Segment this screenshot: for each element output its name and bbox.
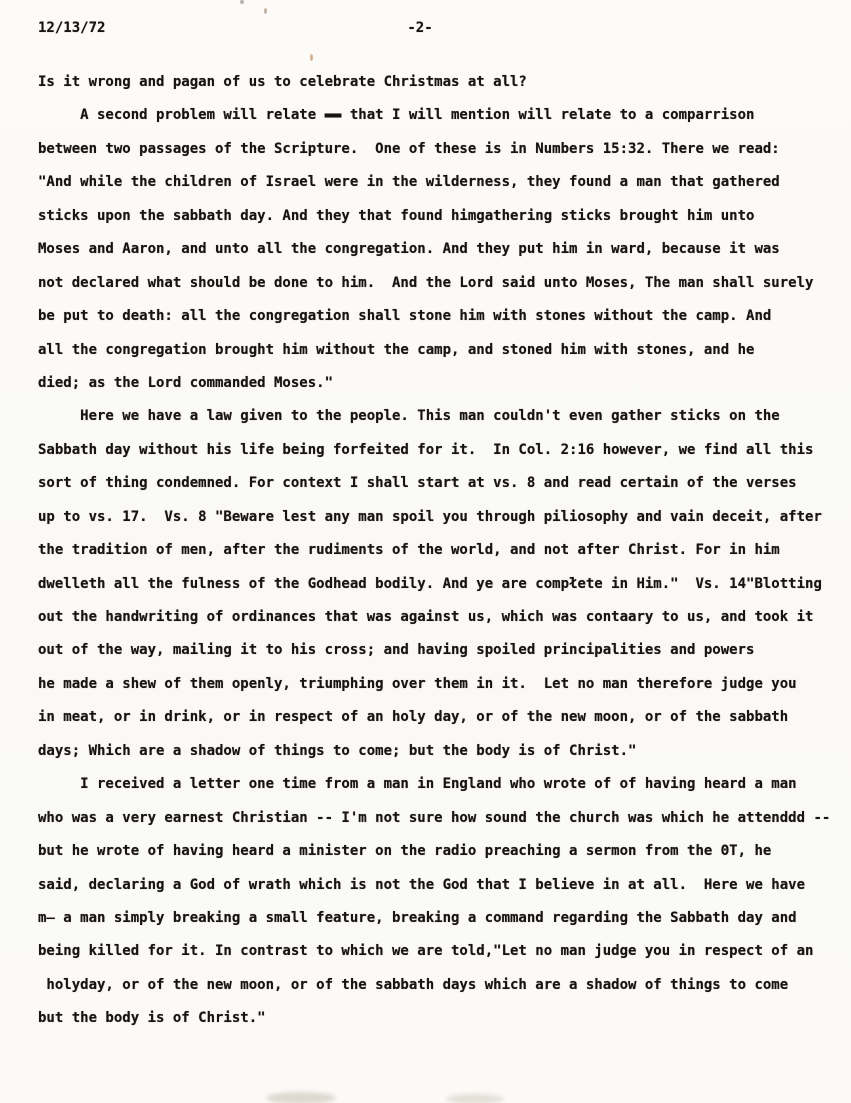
text-line: in meat, or in drink, or in respect of a…	[38, 701, 841, 734]
scan-speck	[264, 8, 267, 14]
text-line: out the handwriting of ordinances that w…	[38, 601, 841, 634]
text-line: not declared what should be done to him.…	[38, 267, 841, 300]
text-line: Sabbath day without his life being forfe…	[38, 434, 841, 467]
scan-smudge	[446, 1094, 504, 1103]
text-line: m̶ a man simply breaking a small feature…	[38, 902, 841, 935]
text-line: days; Which are a shadow of things to co…	[38, 735, 841, 768]
text-line: out of the way, mailing it to his cross;…	[38, 634, 841, 667]
text-line: all the congregation brought him without…	[38, 334, 841, 367]
text-line: "And while the children of Israel were i…	[38, 166, 841, 199]
text-line: died; as the Lord commanded Moses."	[38, 367, 841, 400]
text-line: the tradition of men, after the rudiment…	[38, 534, 841, 567]
scan-speck	[310, 54, 313, 61]
text-line: dwelleth all the fulness of the Godhead …	[38, 568, 841, 601]
text-line: but he wrote of having heard a minister …	[38, 835, 841, 868]
scan-smudge	[266, 1092, 336, 1103]
text-line: said, declaring a God of wrath which is …	[38, 869, 841, 902]
text-line: sticks upon the sabbath day. And they th…	[38, 200, 841, 233]
text-line: I received a letter one time from a man …	[38, 768, 841, 801]
text-line: Moses and Aaron, and unto all the congre…	[38, 233, 841, 266]
text-line: he made a shew of them openly, triumphin…	[38, 668, 841, 701]
page-number: -2-	[0, 20, 840, 36]
text-line: between two passages of the Scripture. O…	[38, 133, 841, 166]
text-line: sort of thing condemned. For context I s…	[38, 467, 841, 500]
text-line: Is it wrong and pagan of us to celebrate…	[38, 66, 841, 99]
text-line: A second problem will relate ▬▬ that I w…	[38, 99, 841, 132]
text-line: being killed for it. In contrast to whic…	[38, 935, 841, 968]
text-line: be put to death: all the congregation sh…	[38, 300, 841, 333]
text-line: up to vs. 17. Vs. 8 "Beware lest any man…	[38, 501, 841, 534]
text-line: holyday, or of the new moon, or of the s…	[38, 969, 841, 1002]
text-line: but the body is of Christ."	[38, 1002, 841, 1035]
text-line: Here we have a law given to the people. …	[38, 400, 841, 433]
scan-speck	[240, 0, 244, 4]
scanned-document-page: 12/13/72 -2- Is it wrong and pagan of us…	[0, 0, 851, 1103]
text-line: who was a very earnest Christian -- I'm …	[38, 802, 841, 835]
document-body: Is it wrong and pagan of us to celebrate…	[38, 66, 841, 1036]
